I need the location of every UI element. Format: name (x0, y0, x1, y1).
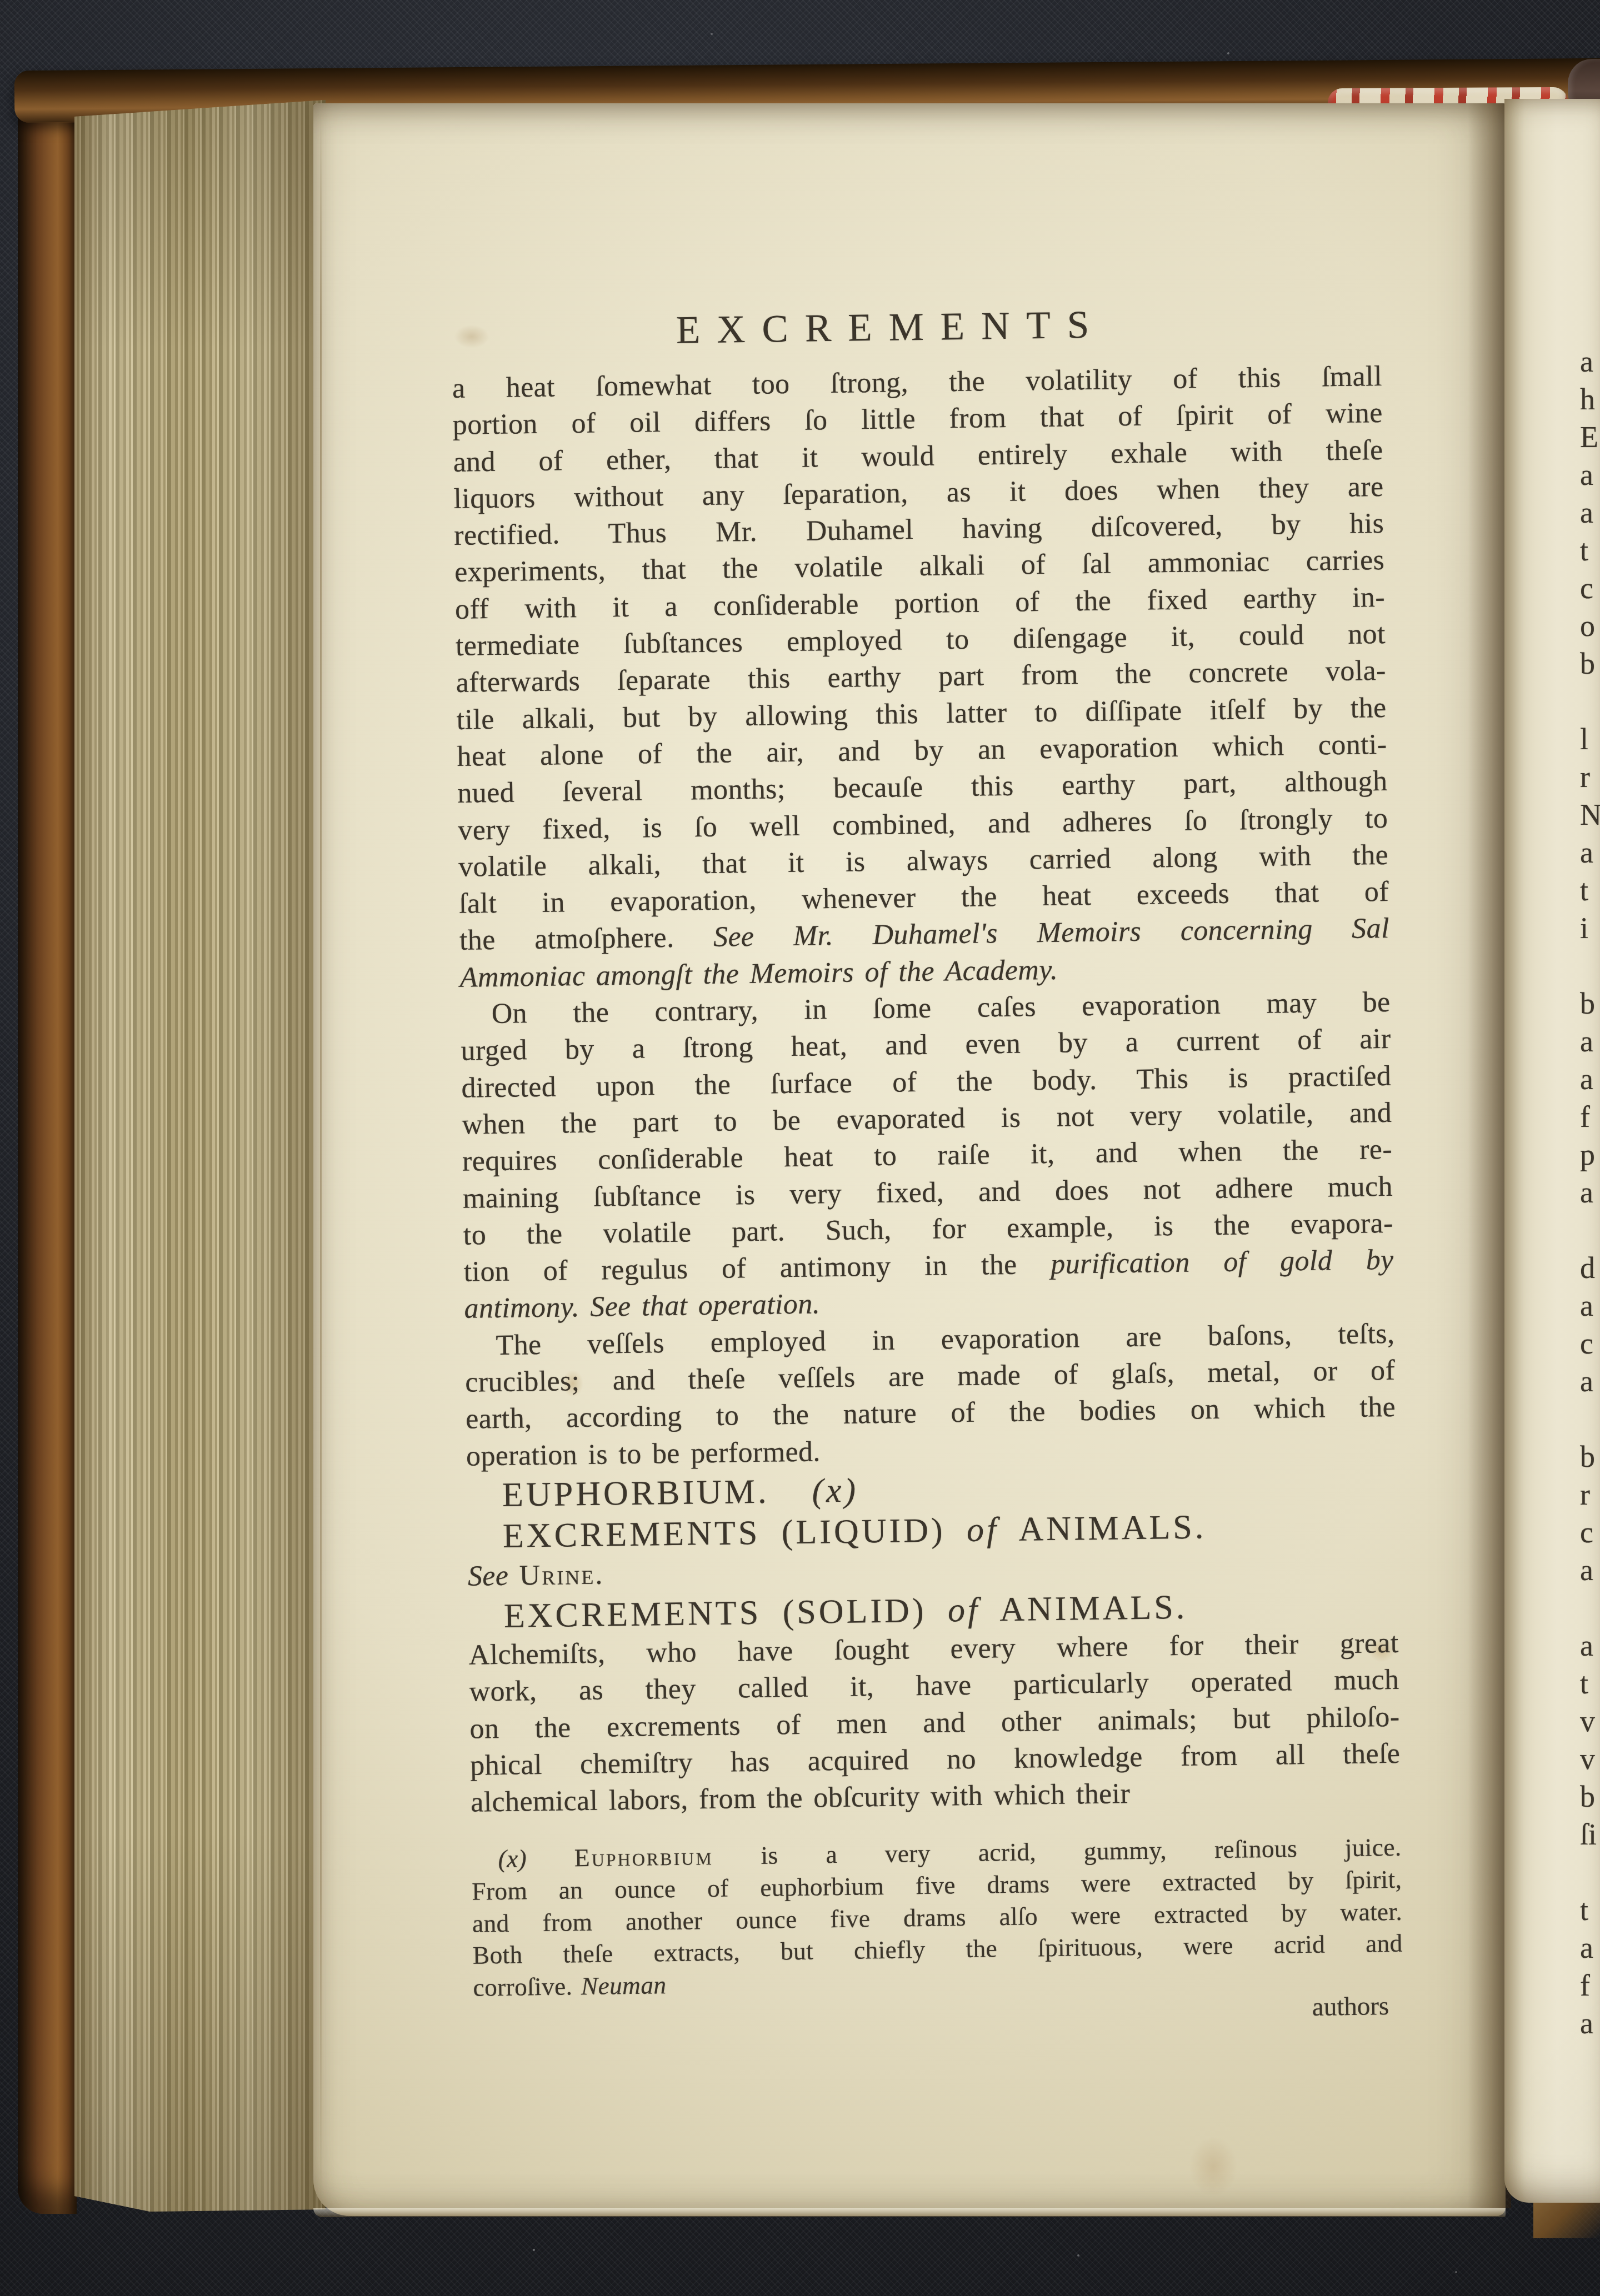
edge-letter: a (1580, 1628, 1593, 1663)
edge-letter: t (1580, 1666, 1588, 1701)
edge-letter: a (1580, 1175, 1593, 1210)
footnote: (x) Euphorbium is a very acrid, gummy, r… (471, 1831, 1403, 2003)
edge-letter: a (1580, 1364, 1593, 1398)
edge-letter: t (1580, 533, 1588, 568)
edge-letter: l (1580, 722, 1588, 756)
edge-letter: a (1580, 2006, 1593, 2041)
edge-letter: i (1580, 911, 1588, 945)
edge-letter: r (1580, 760, 1590, 794)
edge-letter: a (1580, 495, 1593, 530)
paragraph-vessels: The veſſels employed in evaporation are … (464, 1316, 1396, 1475)
page-bottom-edge-highlight (313, 2208, 1506, 2217)
edge-letter: v (1580, 1704, 1595, 1738)
paragraph-evaporation-1: a heat ſomewhat too ſtrong, the volatili… (452, 358, 1391, 996)
edge-letter: t (1580, 873, 1588, 908)
edge-letter: a (1580, 835, 1593, 870)
edge-letter: c (1580, 1326, 1593, 1361)
edge-letter: ſi (1580, 1817, 1597, 1852)
edge-letter: b (1580, 1440, 1595, 1474)
edge-letter: h (1580, 382, 1595, 417)
edge-letter: c (1580, 571, 1593, 605)
edge-letter: b (1580, 646, 1595, 681)
edge-letter: b (1580, 1779, 1595, 1814)
paper-stain (1180, 2125, 1247, 2208)
page-stack-fore-edge (74, 96, 326, 2213)
edge-letter: v (1580, 1742, 1595, 1776)
edge-letter: a (1580, 1024, 1593, 1059)
edge-letter: f (1580, 1100, 1590, 1134)
edge-letter: c (1580, 1515, 1593, 1550)
edge-letter: r (1580, 1477, 1590, 1512)
page-crease (320, 114, 322, 2203)
edge-letter: a (1580, 458, 1593, 492)
edge-letter: a (1580, 1062, 1593, 1096)
photo-scene: ahEaatcoblrNatibaafpadacabrcaatvvbſitafa… (0, 0, 1600, 2296)
text-column: a heat ſomewhat too ſtrong, the volatili… (452, 358, 1401, 1821)
edge-letter: a (1580, 1289, 1593, 1323)
edge-letter: a (1580, 1553, 1593, 1587)
edge-letter: N (1580, 798, 1600, 832)
edge-letter: o (1580, 609, 1595, 643)
edge-letter: a (1580, 1931, 1593, 1965)
edge-letter: b (1580, 986, 1595, 1021)
edge-letter: E (1580, 420, 1598, 454)
edge-letter: p (1580, 1137, 1595, 1172)
dust-specks (0, 0, 1, 1)
edge-letter: f (1580, 1968, 1590, 2003)
edge-letter: d (1580, 1251, 1595, 1285)
paragraph-evaporation-2: On the contrary, in ſome caſes evaporati… (460, 984, 1394, 1328)
paragraph-alchemists: Alchemiſts, who have ſought every where … (468, 1625, 1401, 1821)
page-text: EXCREMENTS a heat ſomewhat too ſtrong, t… (451, 297, 1404, 2034)
edge-letter: a (1580, 344, 1593, 379)
edge-letter: t (1580, 1893, 1588, 1927)
left-board-leather-edge (18, 83, 77, 2214)
